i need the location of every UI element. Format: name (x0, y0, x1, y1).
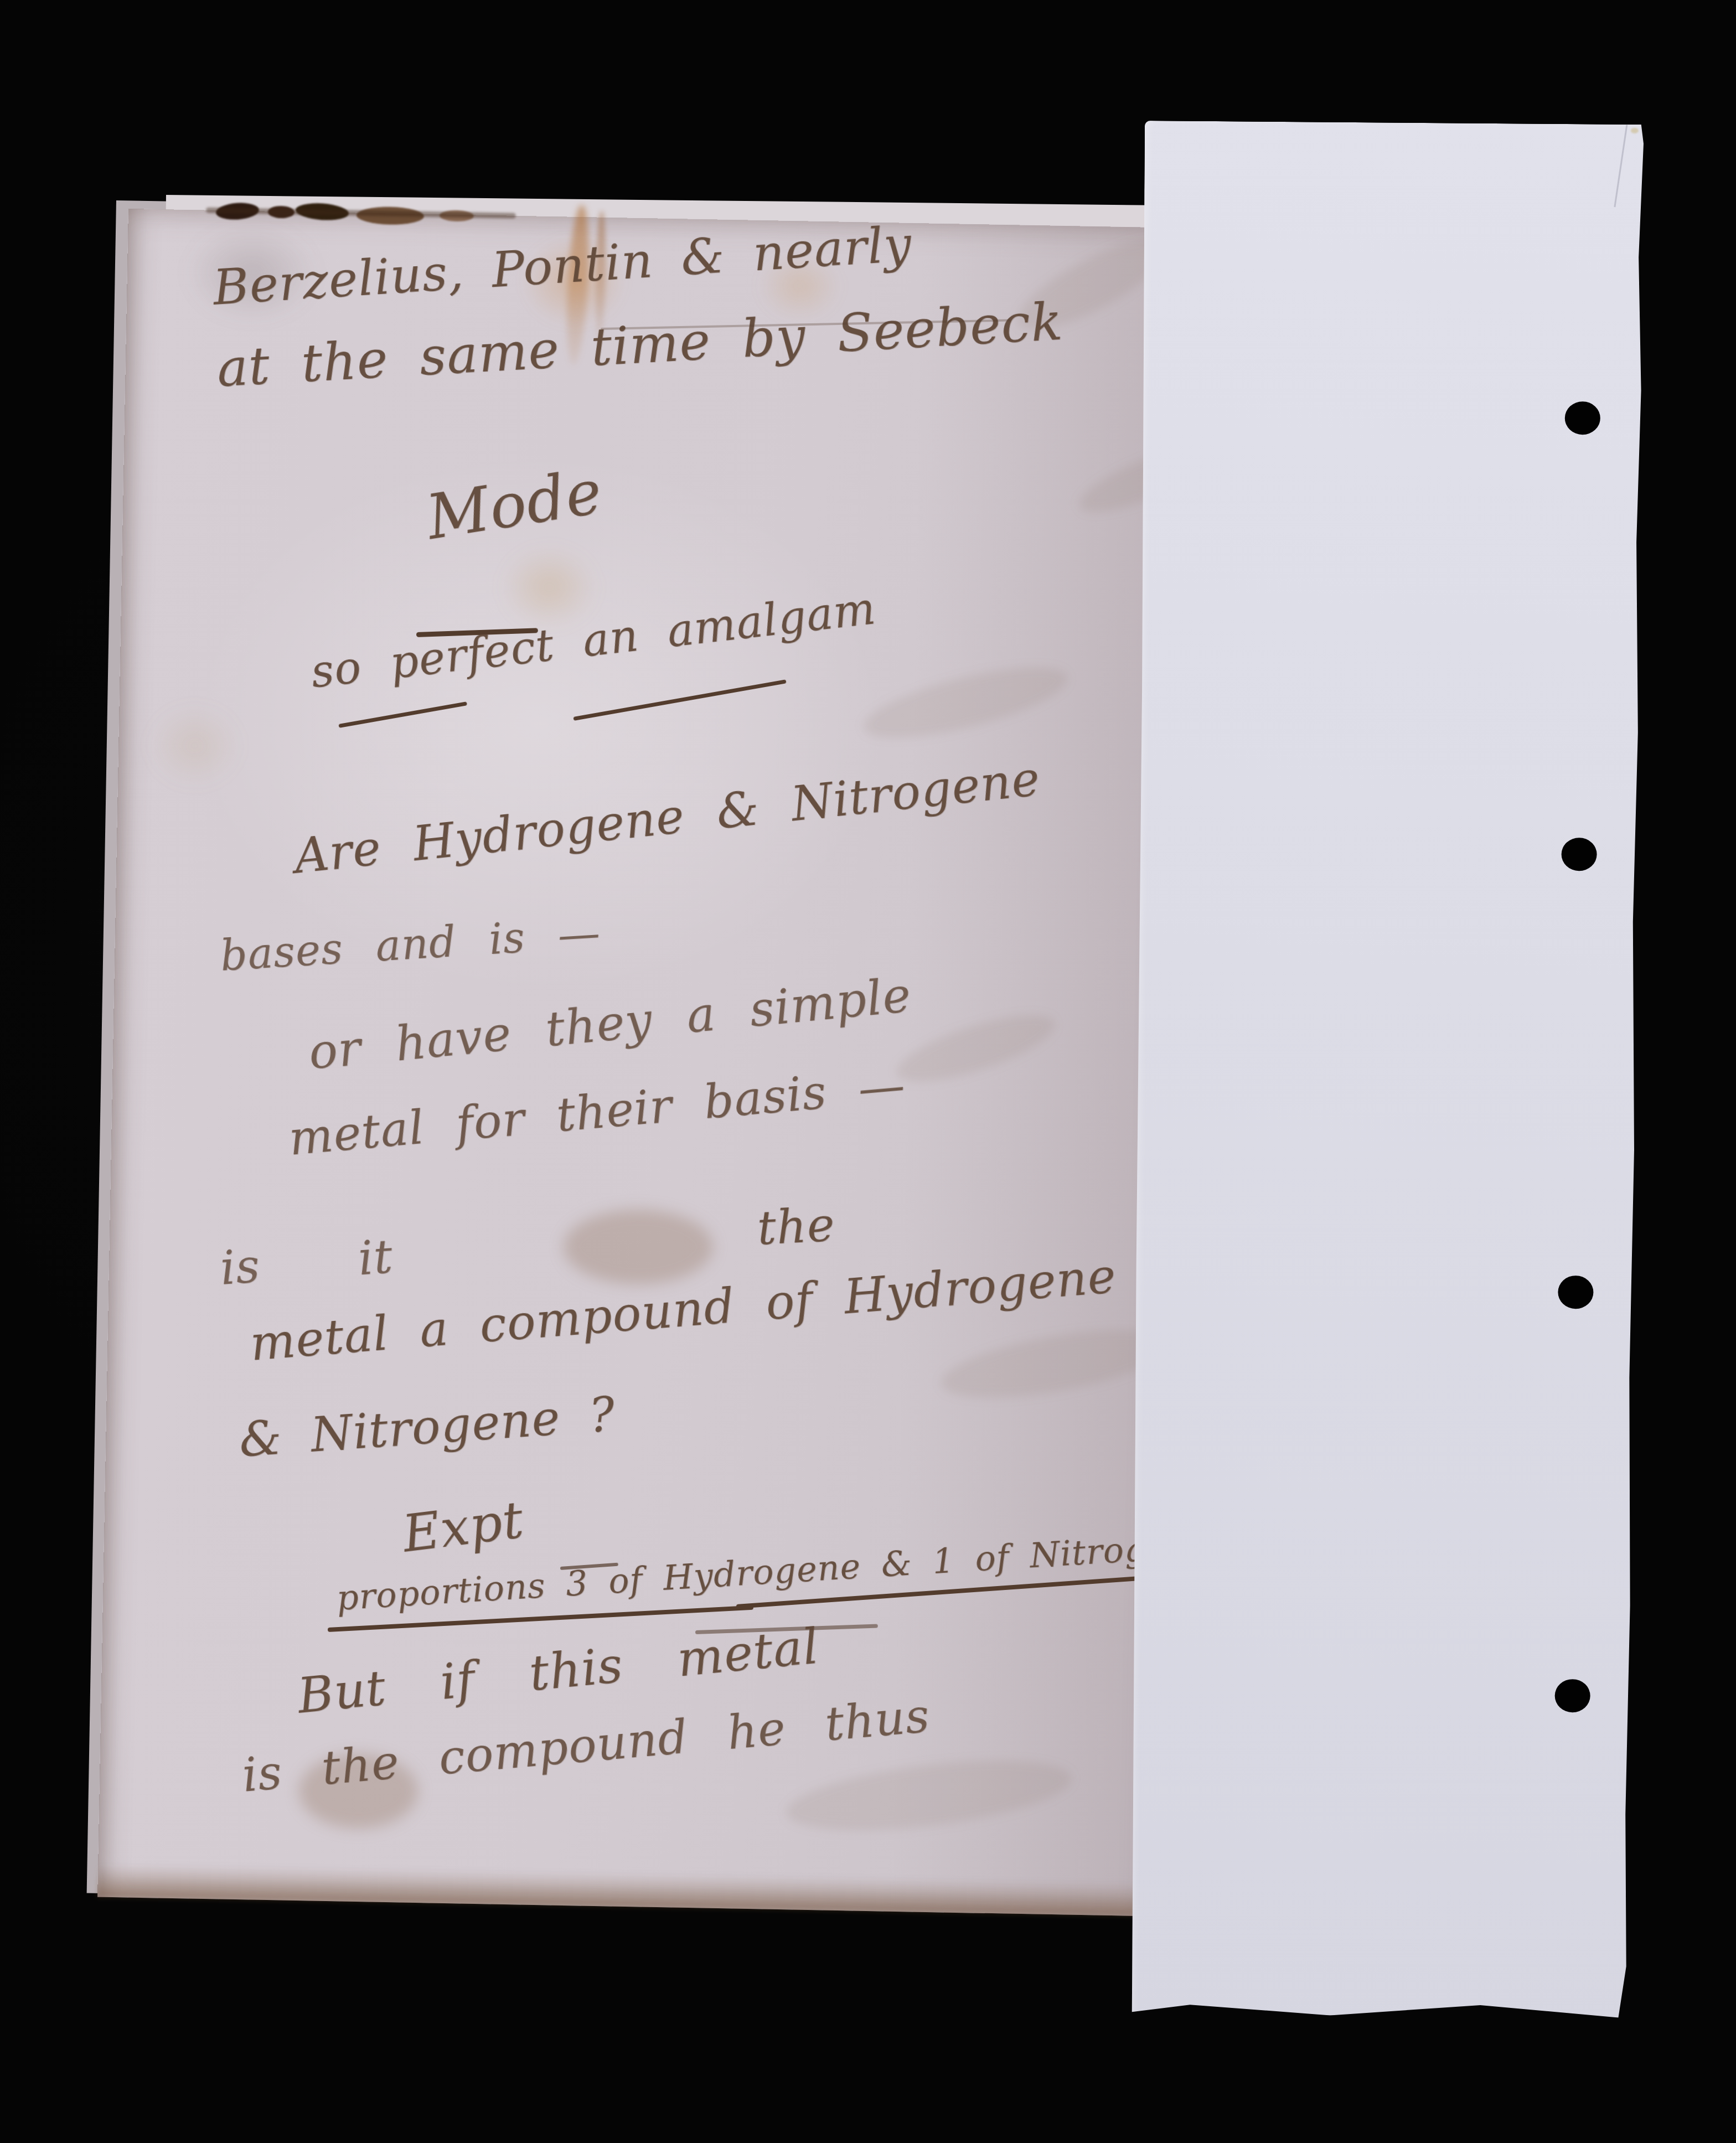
bottom-edge-browning (97, 1865, 1150, 1916)
handwriting-word-the: the (756, 1197, 836, 1256)
punch-hole (1561, 838, 1596, 871)
punch-hole (1565, 401, 1600, 435)
punch-hole (1554, 1679, 1590, 1713)
faint-stain (148, 705, 241, 787)
paper-speck (1631, 128, 1639, 133)
ink-smudge (564, 1210, 713, 1284)
punch-hole (1558, 1276, 1593, 1309)
paper-crease (1614, 125, 1627, 207)
photograph-scene: Berzelius, Pontin & nearly at the same t… (0, 0, 1736, 2143)
overlay-strip (1130, 121, 1645, 2023)
